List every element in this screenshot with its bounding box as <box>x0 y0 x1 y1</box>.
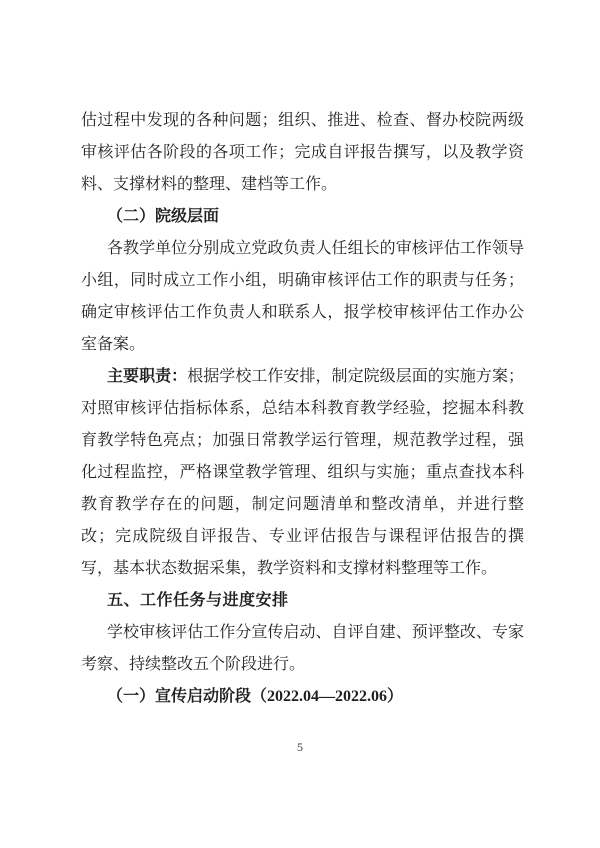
heading-phase-one: （一）宣传启动阶段（2022.04—2022.06） <box>81 681 524 713</box>
page-footer: 5 <box>0 739 600 755</box>
paragraph-duties: 主要职责：根据学校工作安排，制定院级层面的实施方案；对照审核评估指标体系，总结本… <box>81 361 524 585</box>
duties-text: 根据学校工作安排，制定院级层面的实施方案；对照审核评估指标体系，总结本科教育教学… <box>81 368 524 577</box>
paragraph-five-phases: 学校审核评估工作分宣传启动、自评自建、预评整改、专家考察、持续整改五个阶段进行。 <box>81 617 524 681</box>
heading-section-five: 五、工作任务与进度安排 <box>81 585 524 617</box>
page-content: 估过程中发现的各种问题；组织、推进、检查、督办校院两级审核评估各阶段的各项工作；… <box>81 105 524 713</box>
document-page: 估过程中发现的各种问题；组织、推进、检查、督办校院两级审核评估各阶段的各项工作；… <box>0 0 600 848</box>
paragraph-continuation: 估过程中发现的各种问题；组织、推进、检查、督办校院两级审核评估各阶段的各项工作；… <box>81 105 524 201</box>
paragraph-college-setup: 各教学单位分别成立党政负责人任组长的审核评估工作领导小组，同时成立工作小组，明确… <box>81 233 524 361</box>
duties-label: 主要职责： <box>107 368 187 385</box>
page-number: 5 <box>297 740 303 754</box>
heading-college-level: （二）院级层面 <box>81 201 524 233</box>
